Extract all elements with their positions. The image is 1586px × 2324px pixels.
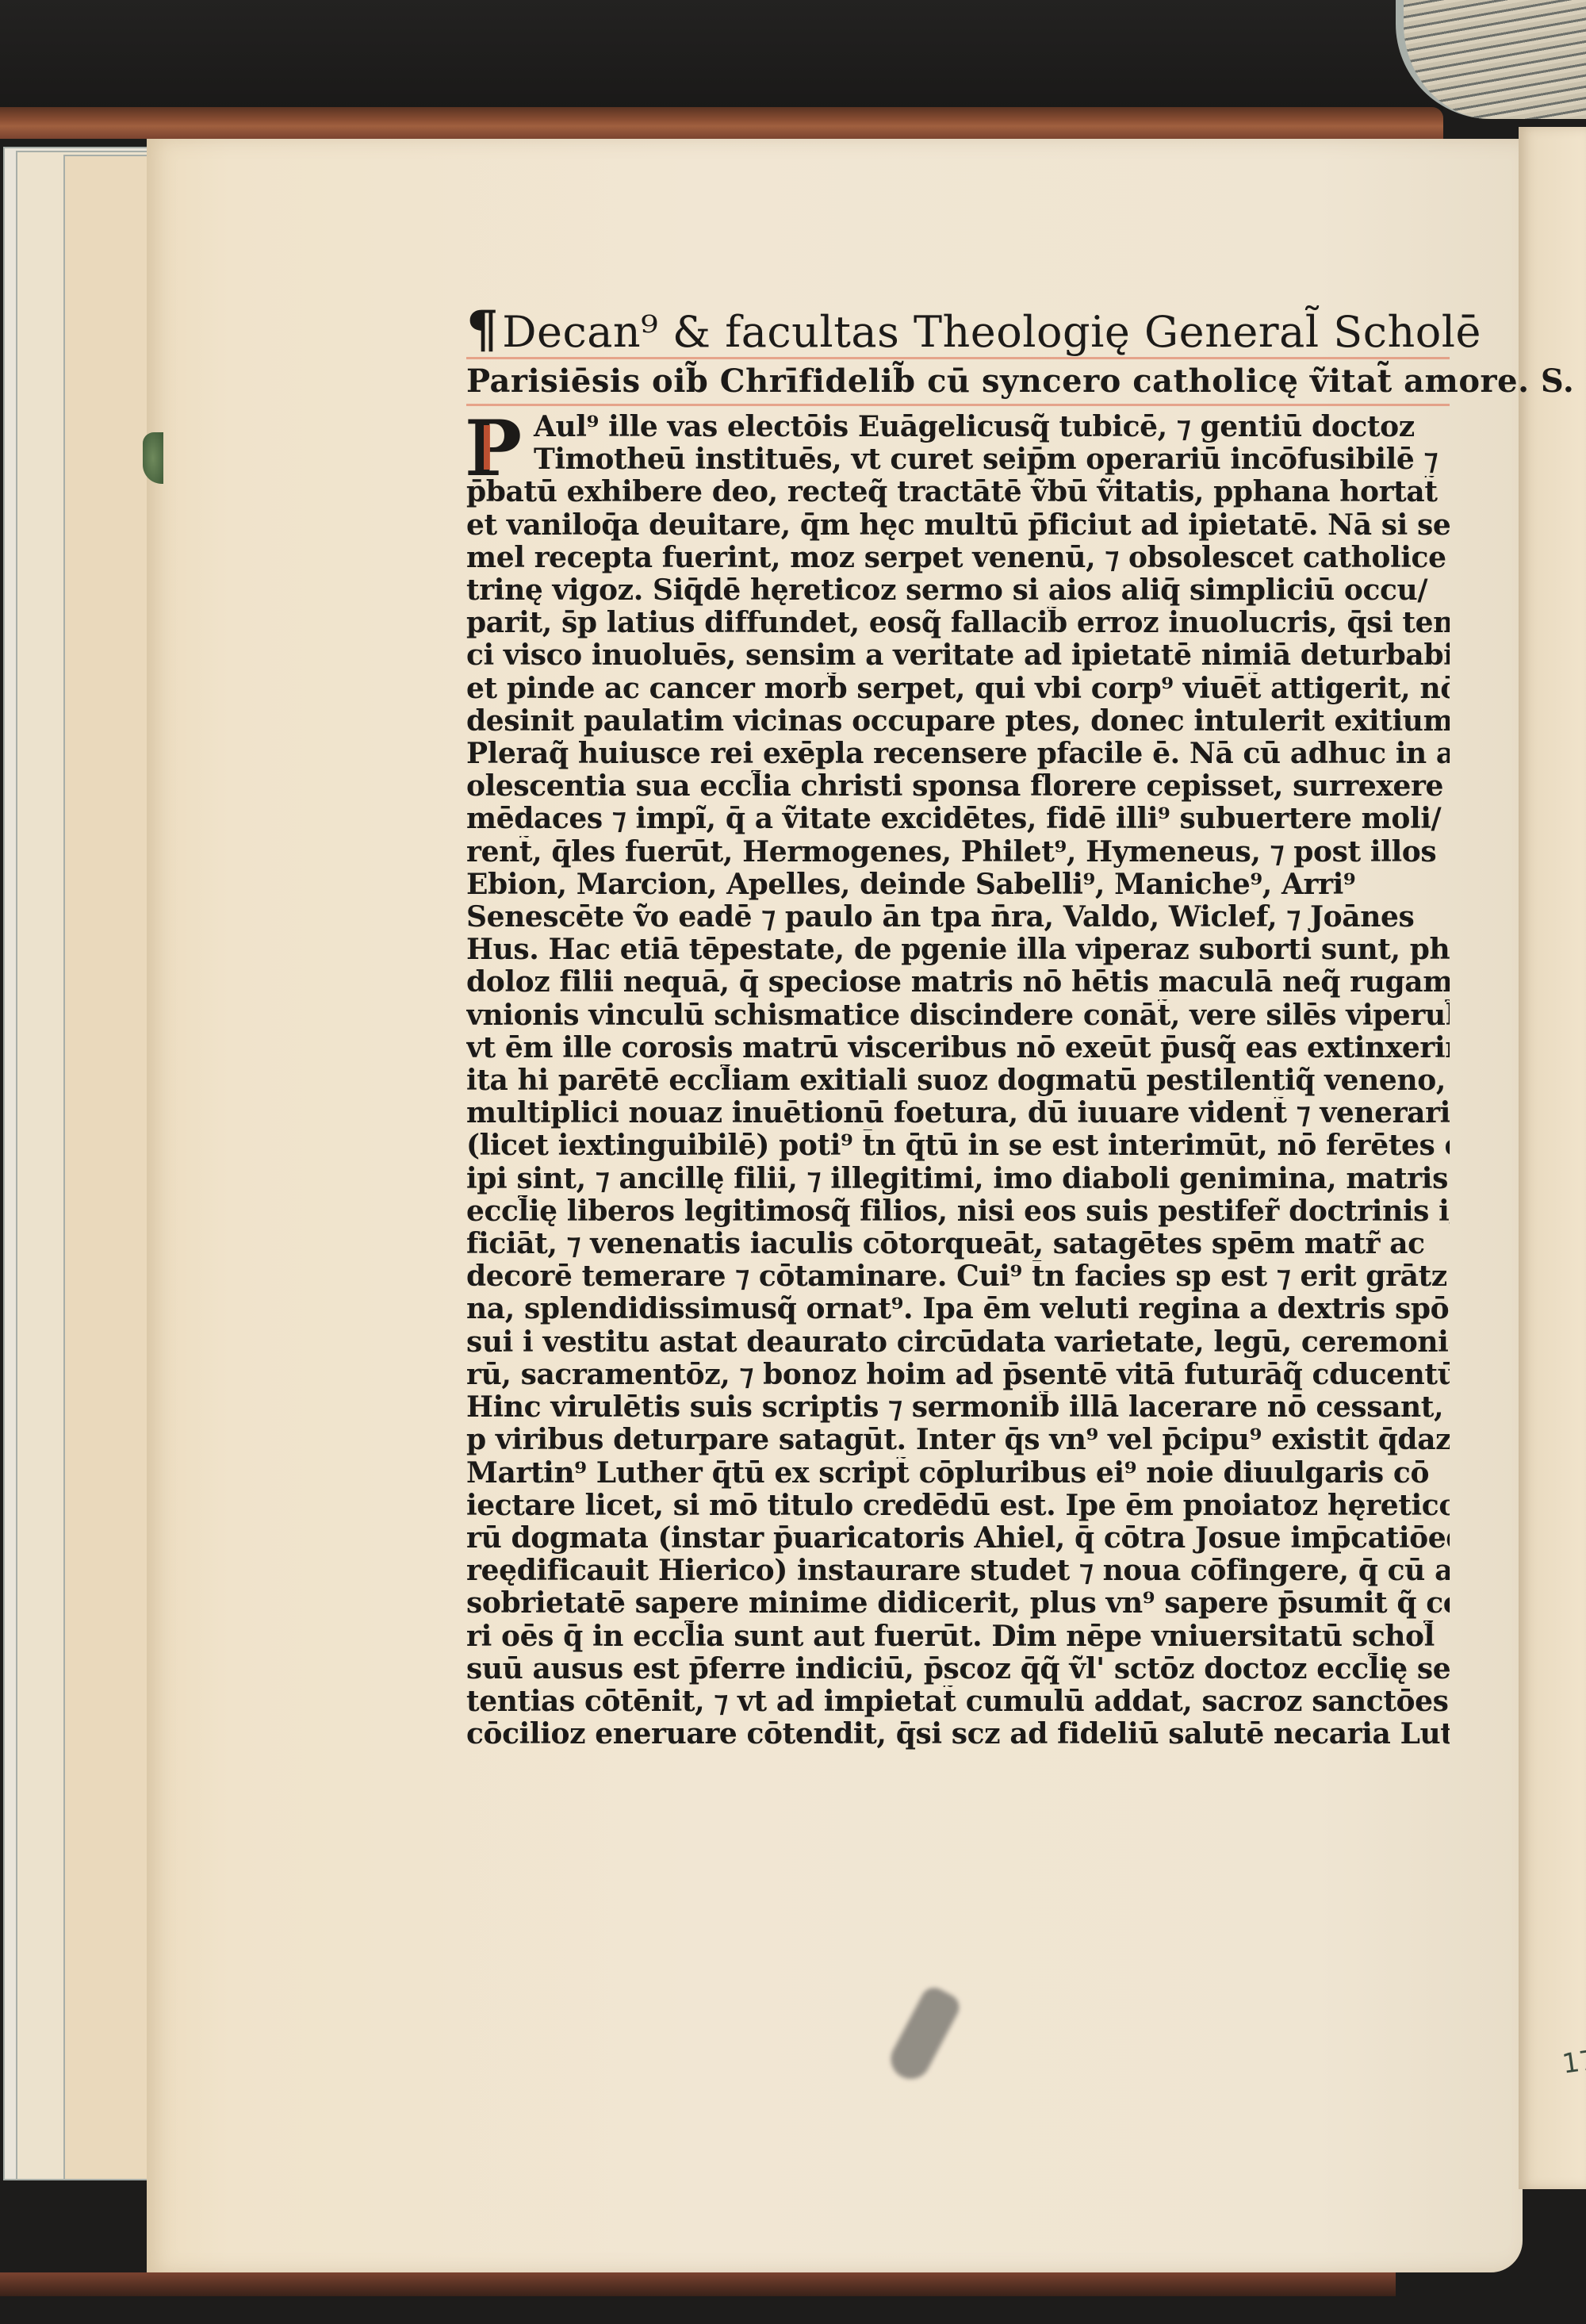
text-line: trinę vigoz. Siq̄dē hęreticoz sermo si a… xyxy=(466,574,1450,607)
text-line: rū dogmata (instar p̄uaricatoris Ahiel, … xyxy=(466,1522,1450,1555)
text-line: p̄batū exhibere deo, recteq̃ tractātē ṽ… xyxy=(466,476,1450,508)
text-line: suū ausus est p̄ferre indiciū, p̄scoz q̄… xyxy=(466,1653,1450,1685)
text-line: et vaniloq̄a deuitare, q̄m hęc multū p̄f… xyxy=(466,509,1450,542)
text-line: sui i vestitu astat deaurato circūdata v… xyxy=(466,1326,1450,1359)
text-line: ita hi parētē eccl̃iam exitiali suoz dog… xyxy=(466,1064,1450,1097)
body-lines: Aul⁹ ille vas electōis Euāgelicusq̃ tubi… xyxy=(466,411,1450,1751)
dark-backdrop xyxy=(0,0,1443,111)
text-line: na, splendidissimusq̃ ornat⁹. Ipa ēm ve… xyxy=(466,1293,1450,1325)
text-line: desinit paulatim vicinas occupare ptes, … xyxy=(466,705,1450,738)
text-line: iectare licet, si mō titulo credēdū est.… xyxy=(466,1490,1450,1522)
woodcut-initial-letter: P xyxy=(462,414,525,484)
leather-binding-bottom-edge xyxy=(0,2272,1396,2296)
text-line: Aul⁹ ille vas electōis Euāgelicusq̃ tubi… xyxy=(466,411,1450,443)
text-line: Hinc virulētis suis scriptis ⁊ sermonib̃… xyxy=(466,1391,1450,1424)
leather-binding-top-edge xyxy=(0,107,1443,139)
text-line: vnionis vinculū schismatice discindere c… xyxy=(466,999,1450,1032)
text-line: tentias cōtēnit, ⁊ vt ad impietat̃ cumul… xyxy=(466,1685,1450,1718)
body-text: P Aul⁹ ille vas electōis Euāgelicusq̃ tu… xyxy=(466,411,1450,1751)
text-line: vt ēm ille corosis matrū visceribus nō … xyxy=(466,1032,1450,1064)
text-line: p viribus deturpare satagūt. Inter q̄s v… xyxy=(466,1424,1450,1456)
text-line: eccl̃ię liberos legitimosq̃ filios, nisi… xyxy=(466,1195,1450,1228)
text-line: Timotheū instituēs, vt curet seip̄m oper… xyxy=(466,443,1450,476)
printed-text-block: ¶Decan⁹ & facultas Theologię General̃ Sc… xyxy=(466,305,1450,1751)
text-line: decorē temerare ⁊ cōtaminare. Cui⁹ t̄n f… xyxy=(466,1260,1450,1293)
text-line: Martin⁹ Luther q̄tū ex script̃ cōpluribu… xyxy=(466,1457,1450,1490)
heading-line-1: ¶Decan⁹ & facultas Theologię General̃ Sc… xyxy=(466,305,1450,359)
folio-number: 17 xyxy=(1560,2044,1586,2080)
text-line: sobrietatē sapere minime didicerit, plus… xyxy=(466,1587,1450,1620)
text-line: cōcilioz eneruare cōtendit, q̄si scz ad … xyxy=(466,1718,1450,1751)
facing-page-edge xyxy=(1519,127,1586,2189)
text-line: multiplici nouaz inuētionū foetura, dū i… xyxy=(466,1097,1450,1129)
text-line: mel recepta fuerint, moz serpet venenū, … xyxy=(466,542,1450,574)
text-line: rū, sacramentōz, ⁊ bonoz hoim ad p̄sentē… xyxy=(466,1359,1450,1391)
text-line: Senescēte ṽo eadē ⁊ paulo ān tpa n̄ra,… xyxy=(466,901,1450,934)
text-line: ci visco inuoluēs, sensim a veritate ad … xyxy=(466,639,1450,672)
text-line: ri oēs q̄ in eccl̃ia sunt aut fuerūt. Di… xyxy=(466,1620,1450,1653)
pilcrow-icon: ¶ xyxy=(466,300,499,359)
text-line: Pleraq̃ huiusce rei exēpla recensere pfa… xyxy=(466,738,1450,770)
text-line: Hus. Hac etiā tēpestate, de pgenie illa … xyxy=(466,934,1450,966)
green-bookmark-tab xyxy=(143,432,163,484)
text-line: olescentia sua eccl̃ia christi sponsa fl… xyxy=(466,770,1450,803)
text-line: ficiāt, ⁊ venenatis iaculis cōtorqueāt, … xyxy=(466,1228,1450,1260)
text-line: reędificauit Hierico) instaurare studet … xyxy=(466,1555,1450,1587)
text-line: rent̃, q̄les fuerūt, Hermogenes, Philet⁹… xyxy=(466,836,1450,869)
text-line: mēdaces ⁊ impĩ, q̄ a ṽitate excidētes,… xyxy=(466,803,1450,835)
text-line: ipi sint, ⁊ ancillę filii, ⁊ illegitimi,… xyxy=(466,1163,1450,1195)
heading-line-2: Parisiēsis oib̃ Chrīfidelib̃ cū syncero … xyxy=(466,359,1450,406)
text-line: doloz filii nequā, q̄ speciose matris nō… xyxy=(466,966,1450,999)
text-line: (licet iextinguibilē) poti⁹ t̄n q̄tū in … xyxy=(466,1129,1450,1162)
text-line: parit, s̄p latius diffundet, eosq̃ falla… xyxy=(466,607,1450,639)
text-line: et pinde ac cancer morb̃ serpet, qui vbi… xyxy=(466,673,1450,705)
text-line: Ebion, Marcion, Apelles, deinde Sabelli⁹… xyxy=(466,869,1450,901)
